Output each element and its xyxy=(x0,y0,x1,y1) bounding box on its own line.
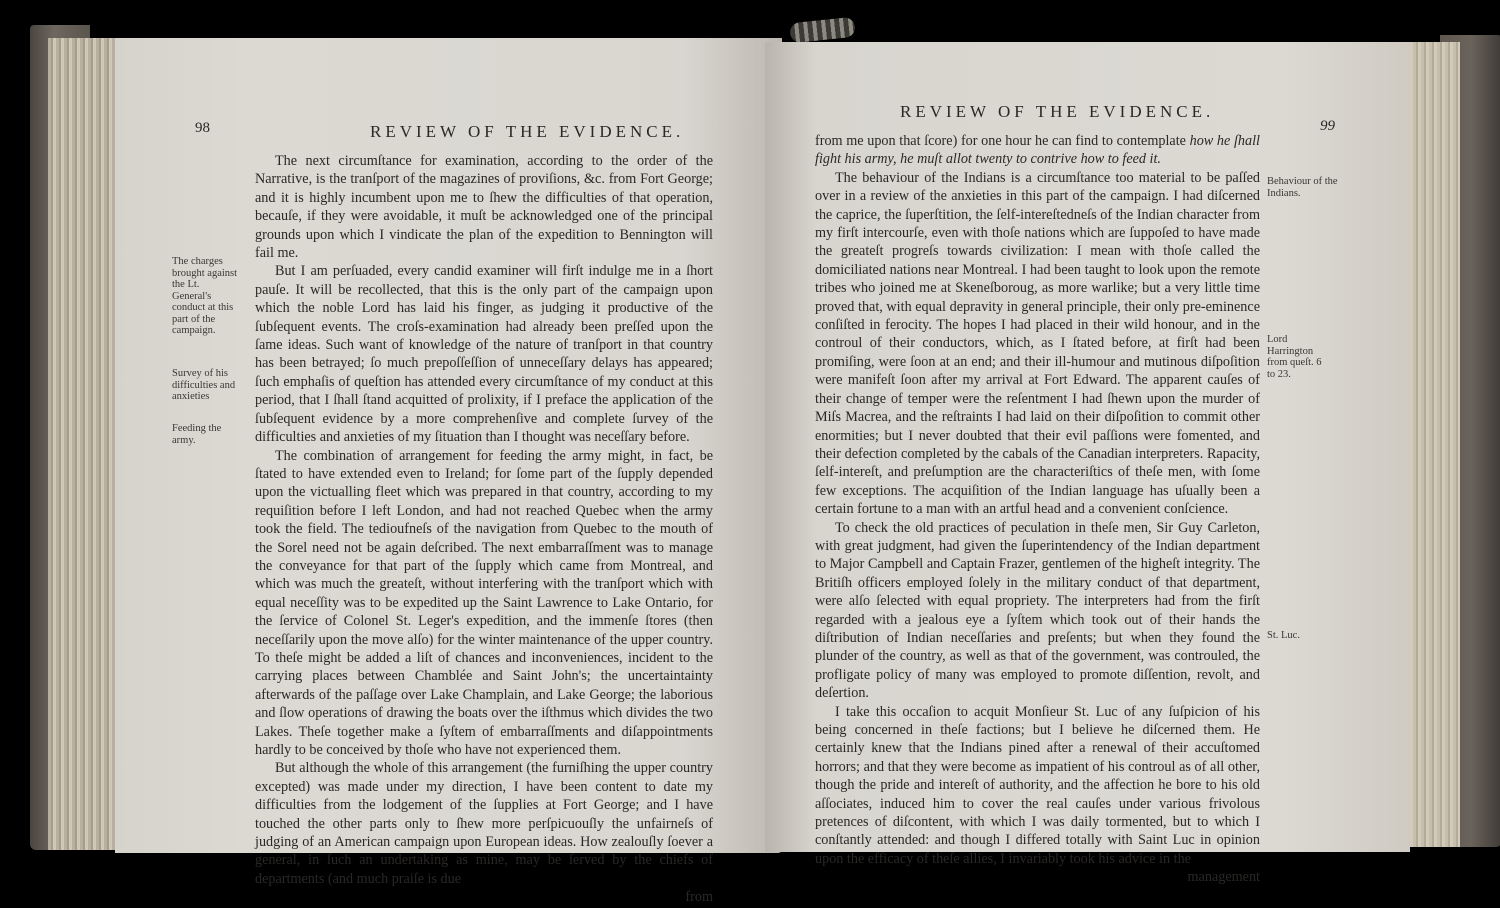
continuation-text: from me upon that ſcore) for one hour he… xyxy=(815,133,1190,149)
running-head: REVIEW OF THE EVIDENCE. xyxy=(370,122,684,142)
paragraph: The behaviour of the Indians is a circum… xyxy=(815,169,1260,519)
page-number: 98 xyxy=(195,120,210,137)
margin-note: Lord Harrington from queſt. 6 to 23. xyxy=(1267,334,1325,380)
paragraph: To check the old practices of peculation… xyxy=(815,519,1260,703)
left-page: 98 REVIEW OF THE EVIDENCE. The charges b… xyxy=(115,38,782,853)
page-number: 99 xyxy=(1320,118,1335,135)
paragraph: I take this occaſion to acquit Monſieur … xyxy=(815,703,1260,869)
right-page: REVIEW OF THE EVIDENCE. 99 Behaviour of … xyxy=(765,42,1410,852)
paragraph: The combination of arrangement for feedi… xyxy=(255,447,713,760)
running-head: REVIEW OF THE EVIDENCE. xyxy=(900,102,1214,122)
paragraph-continuation: from me upon that ſcore) for one hour he… xyxy=(815,132,1260,169)
catchword: management xyxy=(815,868,1260,886)
body-text: from me upon that ſcore) for one hour he… xyxy=(815,132,1260,887)
catchword: from xyxy=(255,888,713,906)
paragraph: But although the whole of this arrangeme… xyxy=(255,759,713,888)
paragraph: The next circumſtance for examination, a… xyxy=(255,152,713,262)
body-text: The next circumſtance for examination, a… xyxy=(255,152,713,907)
margin-note: The charges brought against the Lt. Gene… xyxy=(172,256,238,337)
page-edges-left xyxy=(48,38,118,850)
page-edges-right xyxy=(1405,42,1460,847)
bookmark-ribbon xyxy=(789,17,856,44)
paragraph: But I am perſuaded, every candid examine… xyxy=(255,262,713,446)
margin-note: Survey of his difficulties and anxieties xyxy=(172,368,238,403)
margin-note: St. Luc. xyxy=(1267,630,1327,642)
margin-note: Behaviour of the Indians. xyxy=(1267,176,1339,199)
margin-note: Feeding the army. xyxy=(172,423,238,446)
